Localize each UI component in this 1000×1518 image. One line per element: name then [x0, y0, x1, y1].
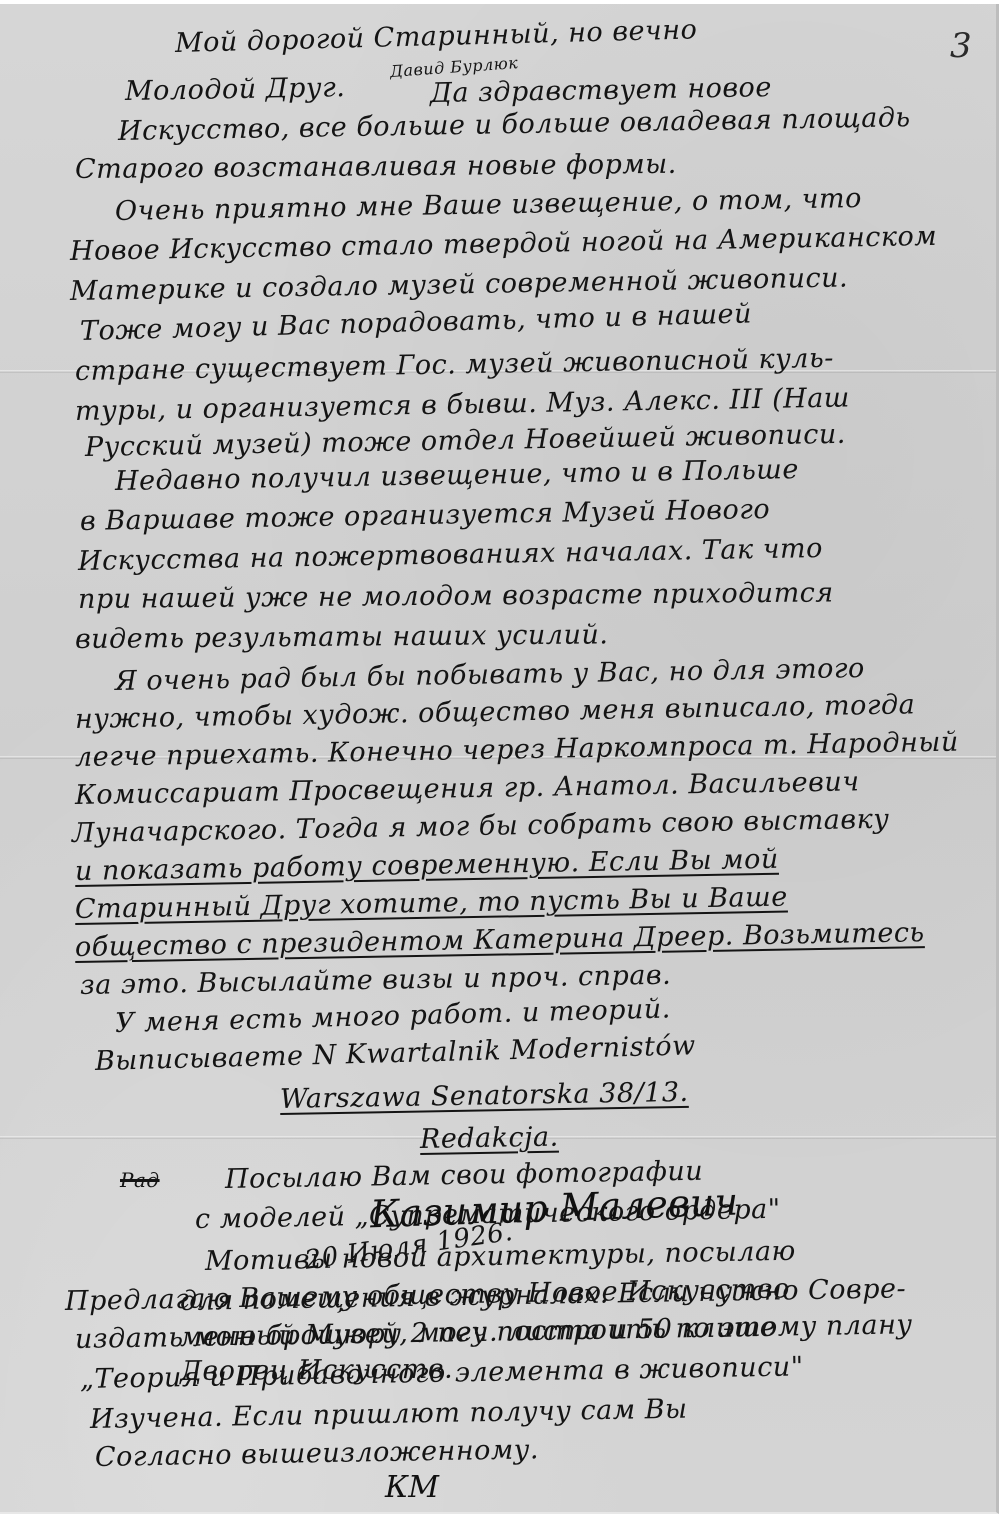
letter-line: в Варшаве тоже организуется Музей Нового: [80, 494, 771, 537]
letter-line: Я очень рад был бы побывать у Вас, но дл…: [115, 653, 865, 697]
letter-line: нужно, чтобы худож. общество меня выписа…: [75, 689, 916, 735]
letter-line: Комиссариат Просвещения гр. Анатол. Васи…: [75, 766, 860, 811]
letter-line: Очень приятно мне Ваше извещение, о том,…: [115, 183, 862, 227]
letter-line: видеть результаты наших усилий.: [75, 619, 609, 655]
greeting-line: Мой дорогой Старинный, но вечно: [175, 14, 698, 59]
address-line: Warszawa Senatorska 38/13.: [280, 1077, 689, 1115]
greeting-line: Молодой Друг.: [125, 72, 346, 107]
letter-line-underlined: общество с президентом Катерина Дреер. В…: [75, 917, 925, 963]
letter-line: при нашей уже не молодом возрасте приход…: [78, 577, 834, 615]
struck-word: Рад: [120, 1168, 160, 1192]
page-number: 3: [950, 26, 972, 66]
letter-line: Луначарского. Тогда я мог бы собрать сво…: [72, 804, 890, 849]
letter-line: Да здравствует новое: [430, 72, 772, 109]
letter-line-underlined: Старинный Друг хотите, то пусть Вы и Ваш…: [75, 882, 788, 925]
letter-line: стране существует Гос. музей живописной …: [75, 343, 834, 387]
address-redakcja: Redakcja.: [420, 1122, 559, 1155]
letter-line: Новое Искусство стало твердой ногой на А…: [70, 221, 938, 267]
postscript-initials: КМ: [385, 1470, 439, 1505]
letter-line-underlined: и показать работу современную. Если Вы м…: [75, 844, 779, 887]
letter-line: Тоже могу и Вас порадовать, что и в наше…: [80, 298, 753, 347]
letter-line: Искусство, все больше и больше овладевая…: [118, 102, 911, 147]
address-line: Выписываете N Kwartalnik Modernistów: [95, 1030, 696, 1077]
letter-line: Старого возстанавливая новые формы.: [75, 149, 677, 185]
letter-line: Искусства на пожертвованиях началах. Так…: [78, 533, 823, 577]
